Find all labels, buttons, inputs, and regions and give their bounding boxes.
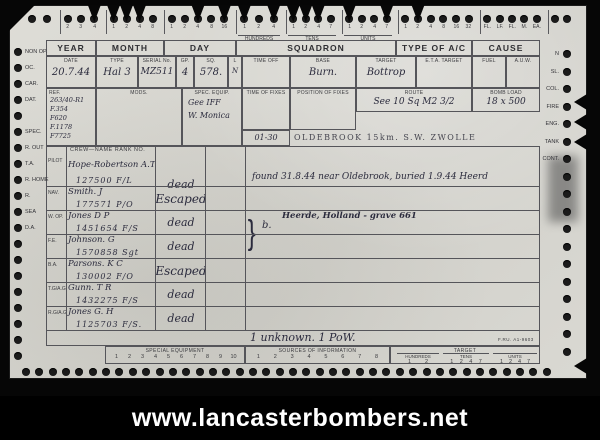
- field-spec-equip: SPEC. EQUIP. Gee IFF W. Monica: [182, 88, 242, 146]
- punch-cell: 1: [237, 10, 252, 34]
- punch-hole-icon: [370, 15, 378, 23]
- punch-cell: 1: [343, 10, 356, 34]
- punch-group: 1248: [106, 10, 159, 34]
- punch-cell: 4: [88, 10, 101, 34]
- punch-cell: 4: [266, 10, 281, 34]
- side-right-label: SL.: [529, 69, 559, 75]
- side-right-label: FIRE: [529, 104, 559, 110]
- header-year: YEAR: [46, 40, 96, 56]
- target-box: TARGET HUNDREDS12TENS1247UNITS1247: [390, 346, 540, 364]
- punch-cell: 1: [287, 10, 300, 34]
- field-gp: GP. 4: [176, 56, 194, 88]
- punch-cell: 1: [399, 10, 412, 34]
- punch-hole-icon: [62, 368, 70, 376]
- side-right-row: TANK: [563, 138, 571, 146]
- side-left-row: R.: [14, 192, 22, 200]
- edge-notch-icon: [574, 114, 587, 130]
- field-fuel: FUEL: [472, 56, 506, 88]
- side-right-row: [563, 313, 571, 321]
- punch-number: 2: [66, 24, 69, 29]
- punch-number: 1: [243, 24, 246, 29]
- side-left-label: DAT.: [25, 97, 37, 103]
- punch-hole-icon: [196, 368, 204, 376]
- crew-name: Jones G. H: [68, 307, 113, 317]
- crew-service-number: 177571 P/O: [76, 200, 134, 209]
- crew-role-label: R.G/A.G: [48, 310, 66, 316]
- crew-service-number: 1432275 F/S: [76, 296, 139, 305]
- side-left-label: R. OUT: [25, 145, 44, 151]
- punch-hole-icon: [75, 368, 83, 376]
- ref-values: 263/40-R1 F.354 F620 F.1178 F7725: [47, 96, 95, 141]
- crew-name: Smith. J: [68, 187, 102, 197]
- type-value: Hal 3: [97, 67, 137, 78]
- special-equipment-number: 5: [162, 354, 175, 360]
- punch-number: 4: [373, 24, 376, 29]
- punch-hole-icon: [401, 15, 409, 23]
- side-left-label: T.A.: [25, 161, 34, 167]
- crew-service-number: 1451654 F/S: [76, 224, 139, 233]
- sources-number: 3: [284, 354, 301, 360]
- field-target: TARGET Bottrop: [356, 56, 416, 88]
- side-right-row: [563, 330, 571, 338]
- punch-hole-icon: [14, 304, 22, 312]
- punch-number: 8: [210, 24, 213, 29]
- punch-hole-icon: [35, 368, 43, 376]
- crew-name: Hope-Robertson A.T: [68, 160, 156, 170]
- punch-hole-icon: [316, 368, 324, 376]
- punch-hole-icon: [396, 368, 404, 376]
- punch-hole-icon: [563, 138, 571, 146]
- sources-number: 6: [334, 354, 351, 360]
- target-number: 2: [457, 359, 467, 365]
- side-left-row: [14, 240, 22, 248]
- crew-col-line: [66, 146, 67, 330]
- punch-hole-icon: [14, 336, 22, 344]
- punch-cell: 2: [300, 10, 313, 34]
- crew-role-label: B.A.: [48, 262, 66, 268]
- target-number: 7: [476, 359, 486, 365]
- punch-number: 4: [197, 24, 200, 29]
- punch-hole-icon: [563, 225, 571, 233]
- header-squadron: SQUADRON: [236, 40, 396, 56]
- punch-number: 8: [151, 24, 154, 29]
- gp-value: 4: [177, 67, 193, 78]
- crew-row: R.G/A.G Jones G. H 1125703 F/S. dead: [46, 306, 245, 330]
- side-right-row: FIRE: [563, 103, 571, 111]
- special-equipment-number: 3: [136, 354, 149, 360]
- punch-number: 32: [466, 24, 472, 29]
- punch-hole-icon: [563, 155, 571, 163]
- punch-hole-icon: [14, 192, 22, 200]
- punch-hole-icon: [449, 368, 457, 376]
- special-equipment-number: 8: [201, 354, 214, 360]
- punch-group: [548, 10, 573, 34]
- fix-position-value: OLDEBROOK 15km. S.W. ZWOLLE: [294, 133, 476, 142]
- punch-cell: 1: [165, 10, 178, 34]
- punch-hole-icon: [14, 288, 22, 296]
- side-left-row: D.A.: [14, 224, 22, 232]
- note-found: found 31.8.44 near Oldebrook, buried 1.9…: [252, 172, 488, 182]
- side-left-label: SEA: [25, 209, 36, 215]
- website-caption: www.lancasterbombers.net: [132, 404, 468, 433]
- punch-hole-icon: [255, 15, 263, 23]
- punch-hole-icon: [276, 368, 284, 376]
- punch-group: 1247TENS: [286, 10, 337, 34]
- sources-number: 4: [301, 354, 318, 360]
- punch-cell: 7: [325, 10, 338, 34]
- punch-notch-icon: [133, 5, 146, 22]
- punch-hole-icon: [483, 15, 491, 23]
- punch-hole-icon: [551, 15, 559, 23]
- side-left-row: CAR.: [14, 80, 22, 88]
- sources-number: 8: [368, 354, 385, 360]
- punch-number: 4: [272, 24, 275, 29]
- crew-fate: dead: [155, 312, 207, 325]
- punch-hole-icon: [563, 278, 571, 286]
- crew-fate: dead: [155, 240, 207, 253]
- punch-cell: 1: [107, 10, 120, 34]
- special-equipment-number: 9: [214, 354, 227, 360]
- punch-hole-icon: [508, 15, 516, 23]
- punch-hole-icon: [14, 80, 22, 88]
- punch-hole-icon: [222, 368, 230, 376]
- side-left-row: [14, 256, 22, 264]
- special-equipment-box: SPECIAL EQUIPMENT 12345678910: [105, 346, 245, 364]
- punch-hole-icon: [14, 64, 22, 72]
- punch-number: 1: [404, 24, 407, 29]
- punch-hole-icon: [28, 15, 36, 23]
- punch-hole-icon: [14, 272, 22, 280]
- target-number: 4: [515, 359, 524, 365]
- punch-cell: 3: [74, 10, 87, 34]
- field-ref: REF. 263/40-R1 F.354 F620 F.1178 F7725: [46, 88, 96, 146]
- punch-hole-icon: [563, 260, 571, 268]
- punch-hole-icon: [423, 368, 431, 376]
- punch-number: FL.: [508, 24, 515, 29]
- target-value: Bottrop: [357, 67, 415, 78]
- punch-hole-icon: [543, 368, 551, 376]
- field-type: TYPE Hal 3: [96, 56, 138, 88]
- punch-group-label: UNITS: [344, 35, 392, 42]
- sources-box: SOURCES OF INFORMATION 12345678: [245, 346, 390, 364]
- side-left-row: DAT.: [14, 96, 22, 104]
- crew-name: Gunn. T R: [68, 283, 111, 293]
- sources-number: 2: [267, 354, 284, 360]
- punch-number: 2: [183, 24, 186, 29]
- punch-hole-icon: [358, 15, 366, 23]
- punch-hole-icon: [169, 368, 177, 376]
- punch-number: 2: [258, 24, 261, 29]
- side-right-row: N: [563, 50, 571, 58]
- punch-card: YEAR MONTH DAY SQUADRON TYPE OF A/C CAUS…: [10, 6, 586, 378]
- side-left-row: NON OP.: [14, 48, 22, 56]
- punch-cell: 2: [61, 10, 74, 34]
- punch-cell: 4: [368, 10, 381, 34]
- side-right-row: [563, 190, 571, 198]
- crew-row: B.A. Parsons. K C 130002 F/O Escaped: [46, 258, 245, 282]
- punch-hole-icon: [463, 368, 471, 376]
- punch-number: 1: [170, 24, 173, 29]
- sources-number: 7: [351, 354, 368, 360]
- punch-hole-icon: [427, 15, 435, 23]
- side-left-row: [14, 352, 22, 360]
- field-date: DATE 20.7.44: [46, 56, 96, 88]
- special-equipment-number: 4: [149, 354, 162, 360]
- edge-notch-icon: [574, 94, 587, 110]
- punch-hole-icon: [142, 368, 150, 376]
- side-left-row: [14, 288, 22, 296]
- punch-number: 2: [360, 24, 363, 29]
- crew-row: T.G/A.G Gunn. T R 1432275 F/S dead: [46, 282, 245, 306]
- crew-row-line: [46, 330, 540, 331]
- punch-hole-icon: [129, 368, 137, 376]
- side-left-row: SEA: [14, 208, 22, 216]
- punch-number: M.: [522, 24, 528, 29]
- crew-col-line: [155, 146, 156, 330]
- punch-hole-icon: [102, 368, 110, 376]
- punch-hole-icon: [382, 368, 390, 376]
- form-reference: F.RU. A1-9603: [498, 337, 534, 342]
- punch-hole-icon: [249, 368, 257, 376]
- crew-role-label: NAV.: [48, 190, 66, 196]
- punch-cell: M.: [518, 10, 530, 34]
- side-left-row: [14, 112, 22, 120]
- punch-hole-icon: [563, 68, 571, 76]
- punch-hole-icon: [436, 368, 444, 376]
- crew-row-line: [46, 306, 540, 307]
- punch-group: 1247UNITS: [342, 10, 393, 34]
- punch-group: 234: [60, 10, 101, 34]
- punch-hole-icon: [43, 15, 51, 23]
- crew-service-number: 1570858 Sgt: [76, 248, 139, 257]
- target-number: 2: [418, 359, 435, 365]
- punch-hole-icon: [356, 368, 364, 376]
- punch-cell: 2: [120, 10, 133, 34]
- date-value: 20.7.44: [47, 67, 95, 78]
- l-value: N: [229, 67, 241, 75]
- punch-hole-icon: [563, 103, 571, 111]
- punch-hole-icon: [563, 243, 571, 251]
- target-number: 1: [447, 359, 457, 365]
- special-equipment-number: 10: [227, 354, 240, 360]
- side-right-row: CONT.: [563, 155, 571, 163]
- punch-number: FL.: [484, 24, 491, 29]
- target-subgroup-numbers: 1247: [497, 359, 533, 365]
- punch-hole-icon: [563, 348, 571, 356]
- punch-notch-icon: [120, 5, 133, 22]
- punch-cell: 2: [178, 10, 191, 34]
- punch-group: 12481632: [398, 10, 475, 34]
- punch-hole-icon: [520, 15, 528, 23]
- punch-cell: LF.: [493, 10, 505, 34]
- punch-hole-icon: [529, 368, 537, 376]
- edge-notch-icon: [574, 134, 587, 150]
- punch-cell: FL.: [481, 10, 493, 34]
- side-left-row: SPEC.: [14, 128, 22, 136]
- punch-hole-icon: [342, 368, 350, 376]
- side-left-row: T.A.: [14, 160, 22, 168]
- punch-hole-icon: [563, 295, 571, 303]
- punch-number: 3: [80, 24, 83, 29]
- punch-hole-icon: [168, 15, 176, 23]
- field-sq: SQ. 578.: [194, 56, 228, 88]
- punch-cell: 2: [252, 10, 267, 34]
- punch-hole-icon: [14, 240, 22, 248]
- target-subgroup-numbers: 12: [401, 359, 435, 365]
- side-left-row: [14, 320, 22, 328]
- punch-number: 4: [138, 24, 141, 29]
- field-position-of-fixes: POSITION OF FIXES: [290, 88, 356, 130]
- side-right-label: N: [529, 51, 559, 57]
- side-left-label: R.: [25, 193, 31, 199]
- field-time-of-fixes: TIME OF FIXES: [242, 88, 290, 130]
- side-right-label: COL.: [529, 86, 559, 92]
- side-left-row: [14, 304, 22, 312]
- punch-hole-icon: [149, 15, 157, 23]
- punch-hole-icon: [89, 368, 97, 376]
- punch-number: 7: [329, 24, 332, 29]
- punch-hole-icon: [181, 15, 189, 23]
- punch-hole-icon: [533, 15, 541, 23]
- punch-hole-icon: [563, 15, 571, 23]
- punch-number: 1: [348, 24, 351, 29]
- crew-col-line: [245, 146, 246, 330]
- punch-hole-icon: [49, 368, 57, 376]
- side-left-label: CAR.: [25, 81, 38, 87]
- punch-cell: EA.: [531, 10, 543, 34]
- punch-number: 4: [317, 24, 320, 29]
- special-equipment-number: 7: [188, 354, 201, 360]
- crew-role-label: W. OP.: [48, 214, 66, 220]
- punch-number: EA.: [533, 24, 541, 29]
- punch-hole-icon: [563, 313, 571, 321]
- punch-hole-icon: [14, 224, 22, 232]
- fix-time-cell: 01-30: [242, 130, 290, 146]
- punch-hole-icon: [14, 320, 22, 328]
- crew-name: Parsons. K C: [68, 259, 123, 269]
- punch-hole-icon: [64, 15, 72, 23]
- crew-service-number: 1125703 F/S.: [76, 320, 142, 329]
- punch-hole-icon: [207, 15, 215, 23]
- punch-hole-icon: [14, 176, 22, 184]
- field-mods: MODS.: [96, 88, 182, 146]
- punch-hole-icon: [563, 50, 571, 58]
- punch-cell: [24, 10, 39, 34]
- punch-number: 4: [429, 24, 432, 29]
- side-left-row: [14, 336, 22, 344]
- crew-table-header: CREW—NAME RANK NO.: [70, 147, 145, 153]
- sq-value: 578.: [195, 67, 227, 78]
- punch-hole-icon: [14, 48, 22, 56]
- crew-row-line: [46, 258, 540, 259]
- punch-cell: 4: [424, 10, 437, 34]
- crew-row: PILOT Hope-Robertson A.T 127500 F/L dead: [46, 154, 245, 186]
- punch-hole-icon: [236, 368, 244, 376]
- side-left-label: SPEC.: [25, 129, 42, 135]
- side-right-row: COL.: [563, 85, 571, 93]
- fix-time-value: 01-30: [243, 133, 289, 142]
- punch-hole-icon: [209, 368, 217, 376]
- punch-hole-icon: [329, 368, 337, 376]
- punch-hole-icon: [563, 173, 571, 181]
- target-number: 1: [497, 359, 506, 365]
- serial-value: MZ511: [139, 67, 175, 77]
- sources-number: 1: [250, 354, 267, 360]
- note-grave: Heerde, Holland - grave 661: [282, 211, 417, 221]
- punch-hole-icon: [327, 15, 335, 23]
- punch-cell: 8: [205, 10, 218, 34]
- punch-number: 16: [453, 24, 459, 29]
- punch-cell: 4: [191, 10, 204, 34]
- base-value: Burn.: [291, 67, 355, 78]
- punch-number: 1: [292, 24, 295, 29]
- punch-hole-icon: [496, 15, 504, 23]
- punch-hole-icon: [465, 15, 473, 23]
- header-month: MONTH: [96, 40, 164, 56]
- punch-hole-icon: [115, 368, 123, 376]
- punch-hole-icon: [302, 368, 310, 376]
- side-right-row: [563, 225, 571, 233]
- side-right-label: CONT.: [529, 156, 559, 162]
- punch-number: 4: [93, 24, 96, 29]
- special-equipment-number: 2: [123, 354, 136, 360]
- side-right-label: TANK: [529, 139, 559, 145]
- crew-row-line: [46, 282, 540, 283]
- punch-number: 2: [304, 24, 307, 29]
- punch-cell: [39, 10, 54, 34]
- side-right-row: [563, 260, 571, 268]
- sources-number: 5: [318, 354, 335, 360]
- punch-number: 1: [112, 24, 115, 29]
- crew-row: NAV. Smith. J 177571 P/O Escaped: [46, 186, 245, 210]
- side-left-row: [14, 272, 22, 280]
- caption-bar: www.lancasterbombers.net: [0, 396, 600, 440]
- target-subgroup: HUNDREDS12: [397, 353, 439, 365]
- note-summary: 1 unknown. 1 PoW.: [250, 331, 355, 344]
- target-subgroup: TENS1247: [443, 353, 489, 365]
- field-base: BASE Burn.: [290, 56, 356, 88]
- punch-number: 2: [417, 24, 420, 29]
- punch-hole-icon: [503, 368, 511, 376]
- punch-hole-icon: [14, 128, 22, 136]
- side-right-row: [563, 173, 571, 181]
- crew-service-number: 130002 F/O: [76, 272, 134, 281]
- punch-hole-icon: [563, 330, 571, 338]
- header-day: DAY: [164, 40, 236, 56]
- crew-service-number: 127500 F/L: [76, 176, 133, 185]
- photo-frame: YEAR MONTH DAY SQUADRON TYPE OF A/C CAUS…: [0, 0, 600, 396]
- punch-number: 7: [385, 24, 388, 29]
- crew-col-line: [205, 146, 206, 330]
- side-left-label: R. HOME: [25, 177, 49, 183]
- punch-hole-icon: [182, 368, 190, 376]
- punch-hole-icon: [452, 15, 460, 23]
- punch-group: FL.LF.FL.M.EA.: [480, 10, 543, 34]
- field-l: L N: [228, 56, 242, 88]
- punch-hole-icon: [14, 256, 22, 264]
- special-equipment-numbers: 12345678910: [110, 354, 240, 360]
- side-left-row: OC.: [14, 64, 22, 72]
- punch-group-label: TENS: [288, 35, 336, 42]
- punch-hole-icon: [156, 368, 164, 376]
- crew-name: Johnson. G: [68, 235, 115, 245]
- punch-hole-icon: [262, 368, 270, 376]
- punch-hole-icon: [409, 368, 417, 376]
- side-right-label: ENG.: [529, 121, 559, 127]
- crew-fate: Escaped: [155, 264, 207, 278]
- side-left-label: NON OP.: [25, 49, 48, 55]
- punch-cell: 32: [462, 10, 475, 34]
